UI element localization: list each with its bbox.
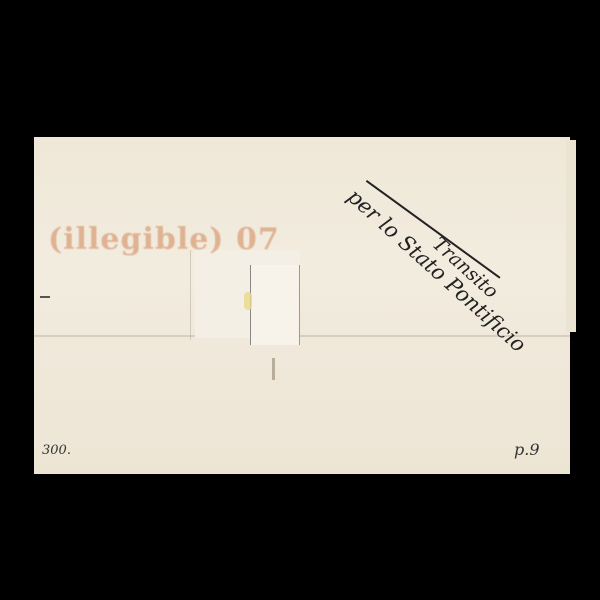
letter-flap <box>566 140 576 332</box>
seal-window <box>250 265 300 345</box>
fold-line <box>190 250 191 340</box>
pencil-note-right: p.9 <box>514 440 540 459</box>
wax-stain <box>244 292 252 310</box>
pencil-mark <box>40 296 50 298</box>
paper-tear <box>272 358 275 380</box>
pencil-note-left: 300. <box>42 443 71 458</box>
red-postmark: (illegible) 07 <box>48 222 280 257</box>
fold-line <box>34 335 570 337</box>
